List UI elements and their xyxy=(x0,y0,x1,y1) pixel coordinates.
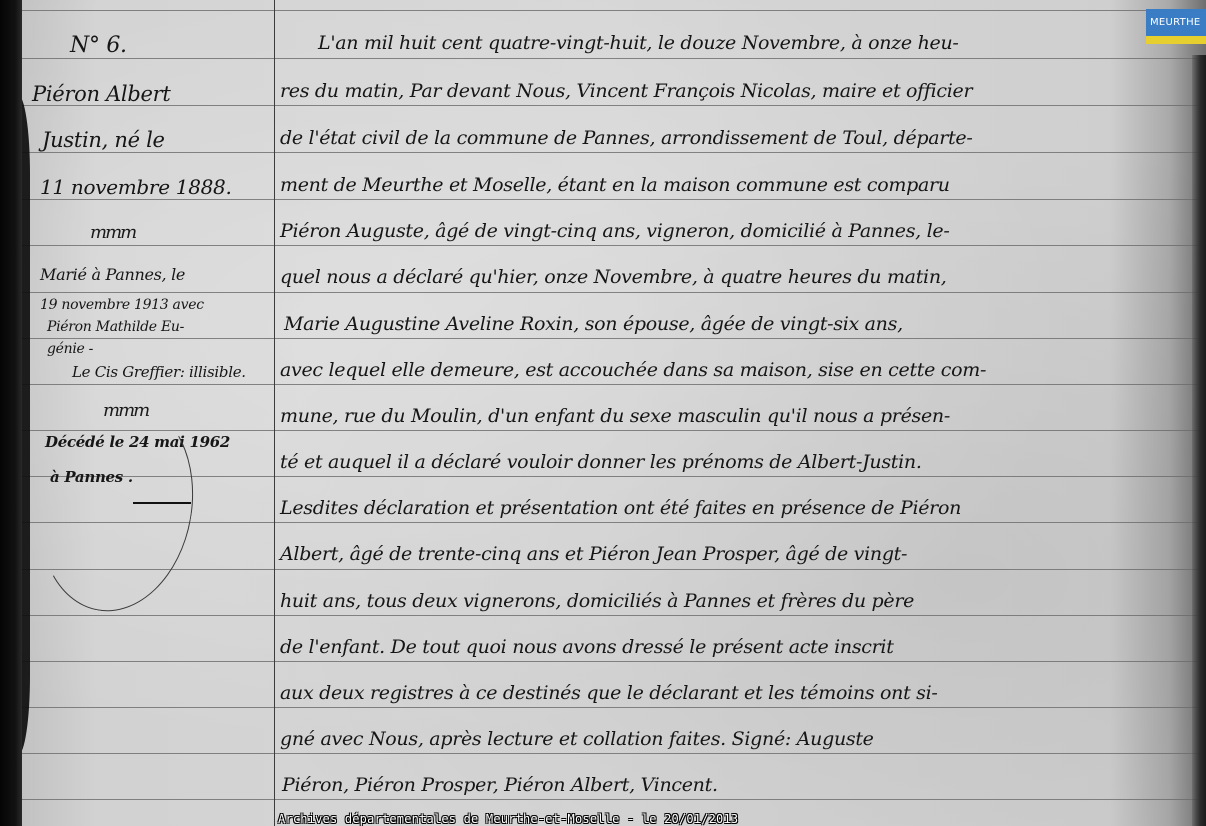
body-line-17: Piéron, Piéron Prosper, Piéron Albert, V… xyxy=(282,774,718,796)
archive-logo: MEURTHE xyxy=(1146,9,1206,36)
margin-separator-1: mmm xyxy=(90,222,135,243)
margin-name-line-3: 11 novembre 1888. xyxy=(40,175,232,199)
body-line-12: Albert, âgé de trente-cinq ans et Piéron… xyxy=(280,543,907,565)
body-line-1: L'an mil huit cent quatre-vingt-huit, le… xyxy=(318,32,959,54)
body-line-3: de l'état civil de la commune de Pannes,… xyxy=(280,127,972,149)
body-line-5: Piéron Auguste, âgé de vingt-cinq ans, v… xyxy=(280,220,949,242)
page-right-edge xyxy=(1192,55,1206,826)
body-line-14: de l'enfant. De tout quoi nous avons dre… xyxy=(280,636,894,658)
body-line-9: mune, rue du Moulin, d'un enfant du sexe… xyxy=(280,405,950,427)
body-line-16: gné avec Nous, après lecture et collatio… xyxy=(280,728,874,750)
margin-divider xyxy=(274,0,275,826)
register-page: N° 6. Piéron Albert Justin, né le 11 nov… xyxy=(0,0,1206,826)
body-line-11: Lesdites déclaration et présentation ont… xyxy=(280,497,961,519)
body-line-13: huit ans, tous deux vignerons, domicilié… xyxy=(280,590,914,612)
archive-logo-stripe xyxy=(1146,36,1206,44)
body-line-4: ment de Meurthe et Moselle, étant en la … xyxy=(280,174,950,196)
marriage-note-line-1: Marié à Pannes, le xyxy=(40,265,185,284)
body-line-15: aux deux registres à ce destinés que le … xyxy=(280,682,938,704)
body-line-10: té et auquel il a déclaré vouloir donner… xyxy=(280,451,922,473)
marriage-note-line-3: Piéron Mathilde Eu- xyxy=(47,319,184,335)
marriage-note-line-4: génie - xyxy=(47,341,93,357)
body-line-6: quel nous a déclaré qu'hier, onze Novemb… xyxy=(280,266,947,288)
binding-spine xyxy=(0,0,22,826)
margin-name-line-1: Piéron Albert xyxy=(32,82,171,106)
clerk-note: Le Cis Greffier: illisible. xyxy=(72,363,246,381)
marriage-note-line-2: 19 novembre 1913 avec xyxy=(40,297,204,313)
body-line-2: res du matin, Par devant Nous, Vincent F… xyxy=(280,80,972,102)
body-line-8: avec lequel elle demeure, est accouchée … xyxy=(280,359,986,381)
body-line-7: Marie Augustine Aveline Roxin, son épous… xyxy=(284,313,903,335)
archive-watermark-footer: Archives départementales de Meurthe-et-M… xyxy=(278,812,738,826)
margin-name-line-2: Justin, né le xyxy=(42,128,165,152)
entry-number: N° 6. xyxy=(70,33,127,58)
